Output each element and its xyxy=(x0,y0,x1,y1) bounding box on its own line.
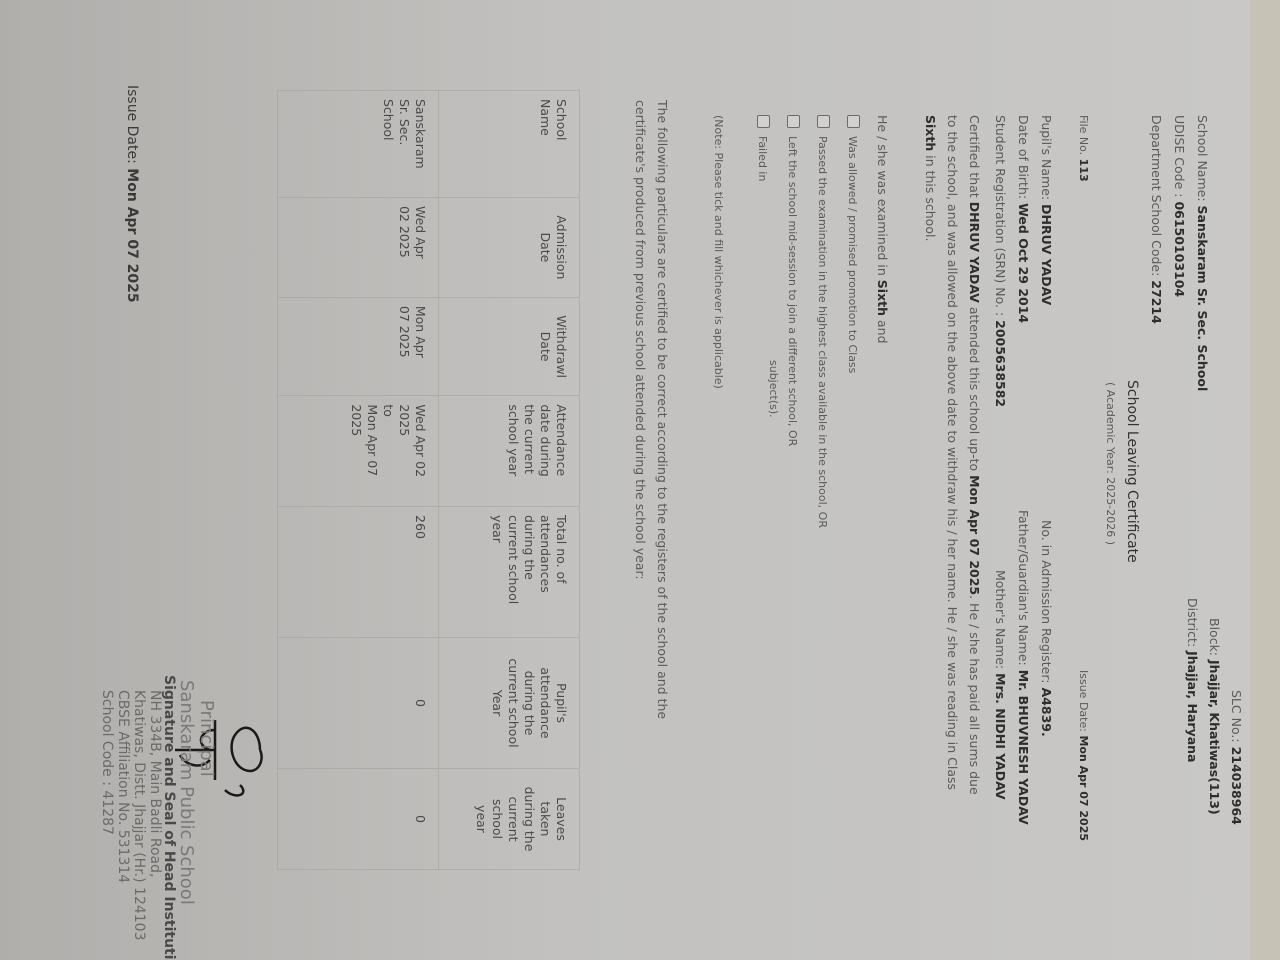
label: SLC No.: xyxy=(1229,690,1244,743)
father-name: Mr. BHUVNESH YADAV xyxy=(1016,670,1031,825)
attendance-table: SchoolNameAdmissionDateWithdrawlDateAtte… xyxy=(277,90,580,870)
district: Jhajjar, Haryana xyxy=(1185,651,1200,762)
date-of-birth: Wed Oct 29 2014 xyxy=(1016,203,1031,323)
father-name-line: Father/Guardian's Name: Mr. BHUVNESH YAD… xyxy=(1016,510,1031,825)
udise-line: UDISE Code : 06150103104 xyxy=(1172,115,1187,297)
table-cell: Total no. ofattendancesduring thecurrent… xyxy=(439,507,580,638)
label: Block: xyxy=(1207,618,1222,656)
slc-number: 214038964 xyxy=(1229,747,1244,825)
text: He / she was examined in xyxy=(875,115,890,276)
note: (Note: Please tick and fill whichever is… xyxy=(712,115,725,389)
particulars-line-1: The following particulars are certified … xyxy=(655,100,670,719)
table-cell: Leavestakenduring thecurrentschoolyear xyxy=(439,768,580,869)
table-header-row: SchoolNameAdmissionDateWithdrawlDateAtte… xyxy=(439,91,580,870)
dept-code: 27214 xyxy=(1149,280,1164,324)
table-cell: Pupil'sattendanceduring thecurrent schoo… xyxy=(439,638,580,769)
examination-intro: He / she was examined in Sixth and xyxy=(875,115,890,344)
text: attended this school up-to xyxy=(967,307,982,471)
table-cell: Attendancedate duringthe currentschool y… xyxy=(439,396,580,507)
option-label: Passed the examination in the highest cl… xyxy=(816,136,829,528)
pupil-name-line: Pupil's Name: DHRUV YADAV xyxy=(1039,115,1054,305)
option-left-mid-session[interactable]: Left the school mid-session to join a di… xyxy=(786,115,800,446)
checkbox-failed[interactable] xyxy=(757,115,770,128)
dob-line: Date of Birth: Wed Oct 29 2014 xyxy=(1016,115,1031,323)
footer-issue-date: Issue Date: Mon Apr 07 2025 xyxy=(124,85,140,303)
label: Pupil's Name: xyxy=(1039,115,1054,200)
school-name-line: School Name: Sanskaram Sr. Sec. School xyxy=(1195,115,1210,391)
mother-name-line: Mother's Name: Mrs. NIDHI YADAV xyxy=(993,570,1008,800)
issue-date: Mon Apr 07 2025 xyxy=(1077,735,1090,841)
table-cell: 0 xyxy=(278,768,439,869)
mother-name: Mrs. NIDHI YADAV xyxy=(993,673,1008,800)
label: No. in Admission Register: xyxy=(1039,520,1054,684)
seal-caption: Signature and Seal of Head Instituti xyxy=(161,675,177,960)
admission-register-line: No. in Admission Register: A4839. xyxy=(1039,520,1054,737)
table-cell: Wed Apr02 2025 xyxy=(278,197,439,297)
seal-address-1: NH 334B, Main Badli Road, xyxy=(147,690,163,877)
table-cell: 0 xyxy=(278,638,439,769)
seal-school-name: Sanskaram Public School xyxy=(178,680,195,905)
district-line: District: Jhajjar, Haryana xyxy=(1185,598,1200,763)
certification-line-2: to the school, and was allowed on the ab… xyxy=(945,115,960,790)
label: District: xyxy=(1185,598,1200,647)
particulars-line-2: certificate's produced from previous sch… xyxy=(633,100,648,580)
slc-line: SLC No.: 214038964 xyxy=(1229,690,1244,825)
checkbox-passed-highest[interactable] xyxy=(817,115,830,128)
label: School Name: xyxy=(1195,115,1210,202)
file-no-line: File No. 113 xyxy=(1077,115,1090,182)
table-cell: AdmissionDate xyxy=(439,197,580,297)
option-label: Failed in xyxy=(756,136,769,181)
seal-school-code: School Code : 41287 xyxy=(99,690,115,835)
leaving-date: Mon Apr 07 2025 xyxy=(967,475,982,595)
option-passed-highest[interactable]: Passed the examination in the highest cl… xyxy=(816,115,830,528)
photo-frame: School Name: Sanskaram Sr. Sec. School U… xyxy=(0,0,1280,960)
academic-year: ( Academic Year: 2025-2026 ) xyxy=(1104,382,1117,545)
label: Department School Code: xyxy=(1149,115,1164,276)
label: Student Registration (SRN) No. : xyxy=(993,115,1008,316)
checkbox-promotion[interactable] xyxy=(847,115,860,128)
table-cell: WithdrawlDate xyxy=(439,297,580,395)
text: and xyxy=(875,320,890,344)
block-line: Block: Jhajjar, Khatiwas(113) xyxy=(1207,618,1222,815)
srn-number: 2005638582 xyxy=(993,320,1008,407)
text: in this school. xyxy=(923,155,938,241)
table-cell: SchoolName xyxy=(439,91,580,198)
checkbox-left-mid-session[interactable] xyxy=(787,115,800,128)
footer-issue-date-value: Mon Apr 07 2025 xyxy=(124,168,140,302)
admission-register-no: A4839. xyxy=(1039,688,1054,737)
text: . He / she has paid all sums due xyxy=(967,595,982,795)
option-failed[interactable]: Failed in xyxy=(756,115,770,181)
label: Issue Date: xyxy=(1077,670,1090,732)
certification-line-3: Sixth in this school. xyxy=(923,115,938,241)
option-label: Left the school mid-session to join a di… xyxy=(786,136,799,446)
srn-line: Student Registration (SRN) No. : 2005638… xyxy=(993,115,1008,407)
label: File No. xyxy=(1077,115,1090,155)
table-row: SanskaramSr. Sec.SchoolWed Apr02 2025Mon… xyxy=(278,91,439,870)
school-name: Sanskaram Sr. Sec. School xyxy=(1195,206,1210,392)
table-cell: Mon Apr07 2025 xyxy=(278,297,439,395)
seal-address-2: Khatiwas, Distt. Jhajjar (Hr.) 124103 xyxy=(131,690,147,941)
principal-label: Principal xyxy=(198,700,215,777)
option-label: Was allowed / promised promotion to Clas… xyxy=(846,136,859,373)
issue-date-line: Issue Date: Mon Apr 07 2025 xyxy=(1077,670,1090,841)
option-promotion[interactable]: Was allowed / promised promotion to Clas… xyxy=(846,115,860,373)
label: Father/Guardian's Name: xyxy=(1016,510,1031,666)
label: Issue Date: xyxy=(124,85,140,164)
block: Jhajjar, Khatiwas(113) xyxy=(1207,660,1222,815)
label: Mother's Name: xyxy=(993,570,1008,669)
seal-affiliation: CBSE Affiliation No. 531314 xyxy=(115,690,131,883)
subjects-suffix: subject(s). xyxy=(767,360,780,418)
label: UDISE Code : xyxy=(1172,115,1187,197)
class-name: Sixth xyxy=(923,115,938,151)
certification-line-1: Certified that DHRUV YADAV attended this… xyxy=(967,115,982,795)
udise-code: 06150103104 xyxy=(1172,201,1187,297)
pupil-name-ref: DHRUV YADAV xyxy=(967,202,982,303)
label: Date of Birth: xyxy=(1016,115,1031,199)
examined-class: Sixth xyxy=(875,280,890,316)
dept-code-line: Department School Code: 27214 xyxy=(1149,115,1164,324)
text: Certified that xyxy=(967,115,982,198)
certificate-paper: School Name: Sanskaram Sr. Sec. School U… xyxy=(0,0,1250,960)
file-number: 113 xyxy=(1077,159,1090,182)
table-cell: 260 xyxy=(278,507,439,638)
table-cell: SanskaramSr. Sec.School xyxy=(278,91,439,198)
pupil-name: DHRUV YADAV xyxy=(1039,204,1054,305)
table-cell: Wed Apr 022025toMon Apr 072025 xyxy=(278,396,439,507)
certificate-title: School Leaving Certificate xyxy=(1124,380,1140,563)
